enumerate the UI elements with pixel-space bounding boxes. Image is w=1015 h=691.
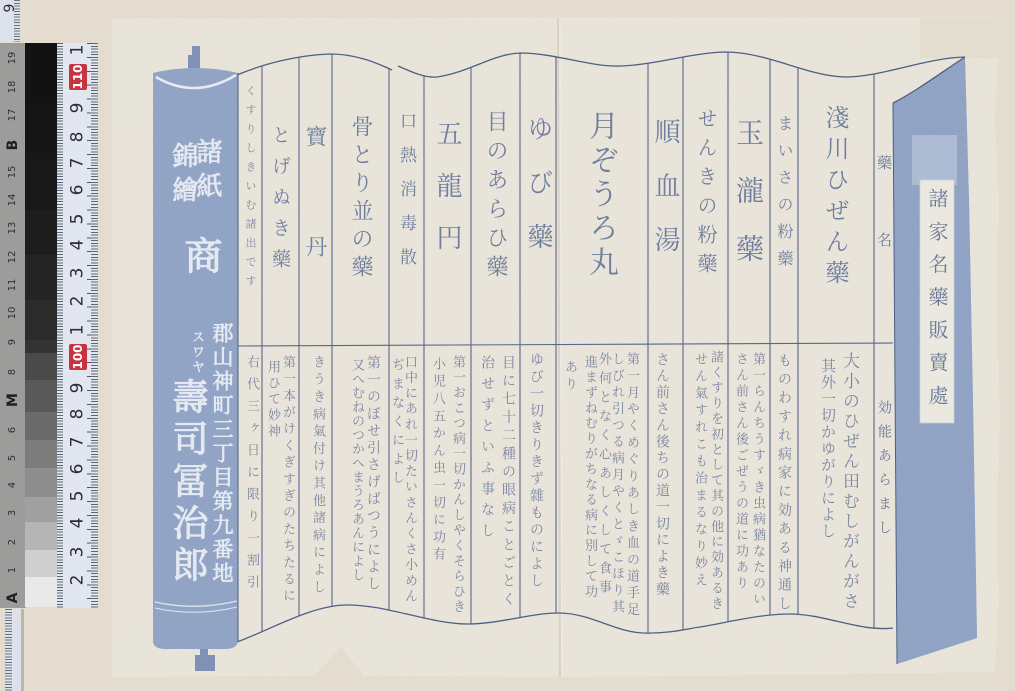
medicine-description-line: ぢまなくによし (390, 358, 403, 490)
medicine-name: ゆび藥 (525, 115, 551, 277)
medicine-description-line: 口中にあれ一切たいさんくさ小めん (403, 355, 416, 605)
shop-trade-suffix: 商 (181, 236, 219, 274)
ruler-fragment-top: 9 (0, 0, 20, 42)
gray-card-label: 1 (6, 557, 20, 583)
medicine-name: 玉瀧藥 (734, 118, 762, 292)
medicine-description-line: 第一のぼせ引さげばつうによし (366, 355, 380, 593)
gray-card-label: 17 (6, 102, 20, 128)
medicine-description-line: 大小のひぜん田むしがんがさ (840, 352, 857, 612)
medicine-description-line: しびれ引つる病月やくとゞこほり其 (610, 352, 623, 616)
medicine-description-line: ゆび一切きりきず雜ものによし (529, 352, 543, 590)
gray-card-scale: 19 18 17 B 15 14 13 12 11 10 9 8 M 6 5 4… (0, 43, 26, 608)
header-name-heading: 藥名 (876, 155, 891, 309)
medicine-description-line: 又へむねのつかへまうろあんによし (350, 358, 363, 582)
medicine-name: 骨とり並の藥 (349, 115, 371, 283)
medicine-name: 淺川ひぜん藥 (823, 105, 847, 291)
gray-card-label: 15 (6, 159, 20, 185)
medicine-name: まいさの粉藥 (776, 115, 792, 277)
gray-card-label: 13 (6, 215, 20, 241)
ruler-badge: 110 (69, 64, 87, 90)
gray-card-label: 12 (6, 244, 20, 270)
gray-card-label: M (6, 387, 20, 413)
gray-card-label: 3 (6, 500, 20, 526)
ruler-fragment-bottom (5, 609, 21, 691)
medicine-description-line: さん前さん後ごぜうの道に功あり (734, 352, 747, 592)
gray-card-label: 10 (6, 300, 20, 326)
header-efficacy-heading: 効能あらまし (877, 400, 891, 544)
medicine-description-line: 第一月やくめぐりあしき血の道手足 (625, 352, 638, 619)
medicine-name: 寶丹 (303, 125, 325, 345)
shop-address: 郡山神町三丁目第九番地 (211, 322, 232, 586)
medicine-name: 五龍円 (434, 120, 460, 276)
measuring-ruler: 1 110 9 8 7 6 5 4 3 2 1 100 9 8 7 6 5 4 … (57, 43, 98, 608)
gray-card-label: 6 (6, 417, 20, 443)
gray-card-label: A (6, 585, 20, 611)
right-roller-label: 諸家名藥販賣處 (927, 188, 947, 418)
ruler-label: 2 (68, 560, 88, 601)
medicine-description-line: 第一らんちうすゞき虫病猶なたのい (751, 352, 764, 608)
medicine-name: 月ぞうろ丸 (585, 110, 615, 280)
ruler-badge: 100 (69, 344, 87, 370)
medicine-description-line: 外何となく心あしくして食事 (597, 352, 610, 599)
medicine-name: 順血湯 (652, 118, 678, 280)
gray-card-label: B (6, 132, 20, 158)
shop-proprietor: 壽司冨治郎 (169, 378, 205, 588)
medicine-name: せんきの粉藥 (696, 108, 716, 282)
medicine-description-line: 其外一切かゆがりによし (820, 358, 835, 540)
shop-trade-line: 錦繪 (170, 142, 196, 210)
medicine-description-line: 進まずねむりがちなる病に別して功 (583, 355, 596, 600)
medicine-description-line: 目に七十二種の眼病ことごとく (501, 355, 515, 610)
medicine-description-line: 諸くすりを初として其の他に効あるき (709, 350, 722, 612)
medicine-description-line: きうき病氣付け其他諸病によし (311, 355, 324, 597)
grayscale-step-wedge (25, 43, 58, 607)
shop-mark: スワヤ (190, 330, 203, 375)
gray-card-label: 11 (6, 272, 20, 298)
gray-card-label: 19 (6, 45, 20, 71)
medicine-description-line: 治せずといふ事なし (480, 355, 494, 544)
ruler-label: 9 (0, 0, 20, 18)
medicine-description-line: 第一本がけくぎすぎのたちたるに (281, 355, 294, 606)
medicine-description-line: せん氣すれこも治まるなり妙え (693, 352, 706, 590)
gray-card-label: 8 (6, 359, 20, 385)
medicine-description-line: 小児八五かん虫一切に功有 (431, 357, 444, 565)
medicine-description-line: 用ひて妙神 (266, 360, 279, 440)
medicine-description-line: 第一おこつ病一切かんしやくそらひき (451, 355, 464, 615)
gray-card-label: 9 (6, 329, 20, 355)
notice-top: くすりしきいむ諸出です (245, 85, 256, 294)
gray-card-label: 2 (6, 529, 20, 555)
gray-card-label: 4 (6, 472, 20, 498)
medicine-name: 口熱消毒散 (397, 112, 414, 282)
notice-bottom: 右代三ヶ日に限り一割引 (245, 355, 258, 597)
medicine-description-line: あり (563, 360, 576, 394)
medicine-name: 目のあらひ藥 (484, 110, 506, 284)
gray-card-label: 14 (6, 187, 20, 213)
gray-card-label: 18 (6, 74, 20, 100)
medicine-description-line: さん前さん後ちの道一切によき藥 (655, 352, 669, 598)
gray-card-label: 5 (6, 445, 20, 471)
medicine-description-line: ものわすれ病家に効ある神通し (777, 353, 791, 615)
medicine-name: とげぬき藥 (270, 125, 289, 280)
